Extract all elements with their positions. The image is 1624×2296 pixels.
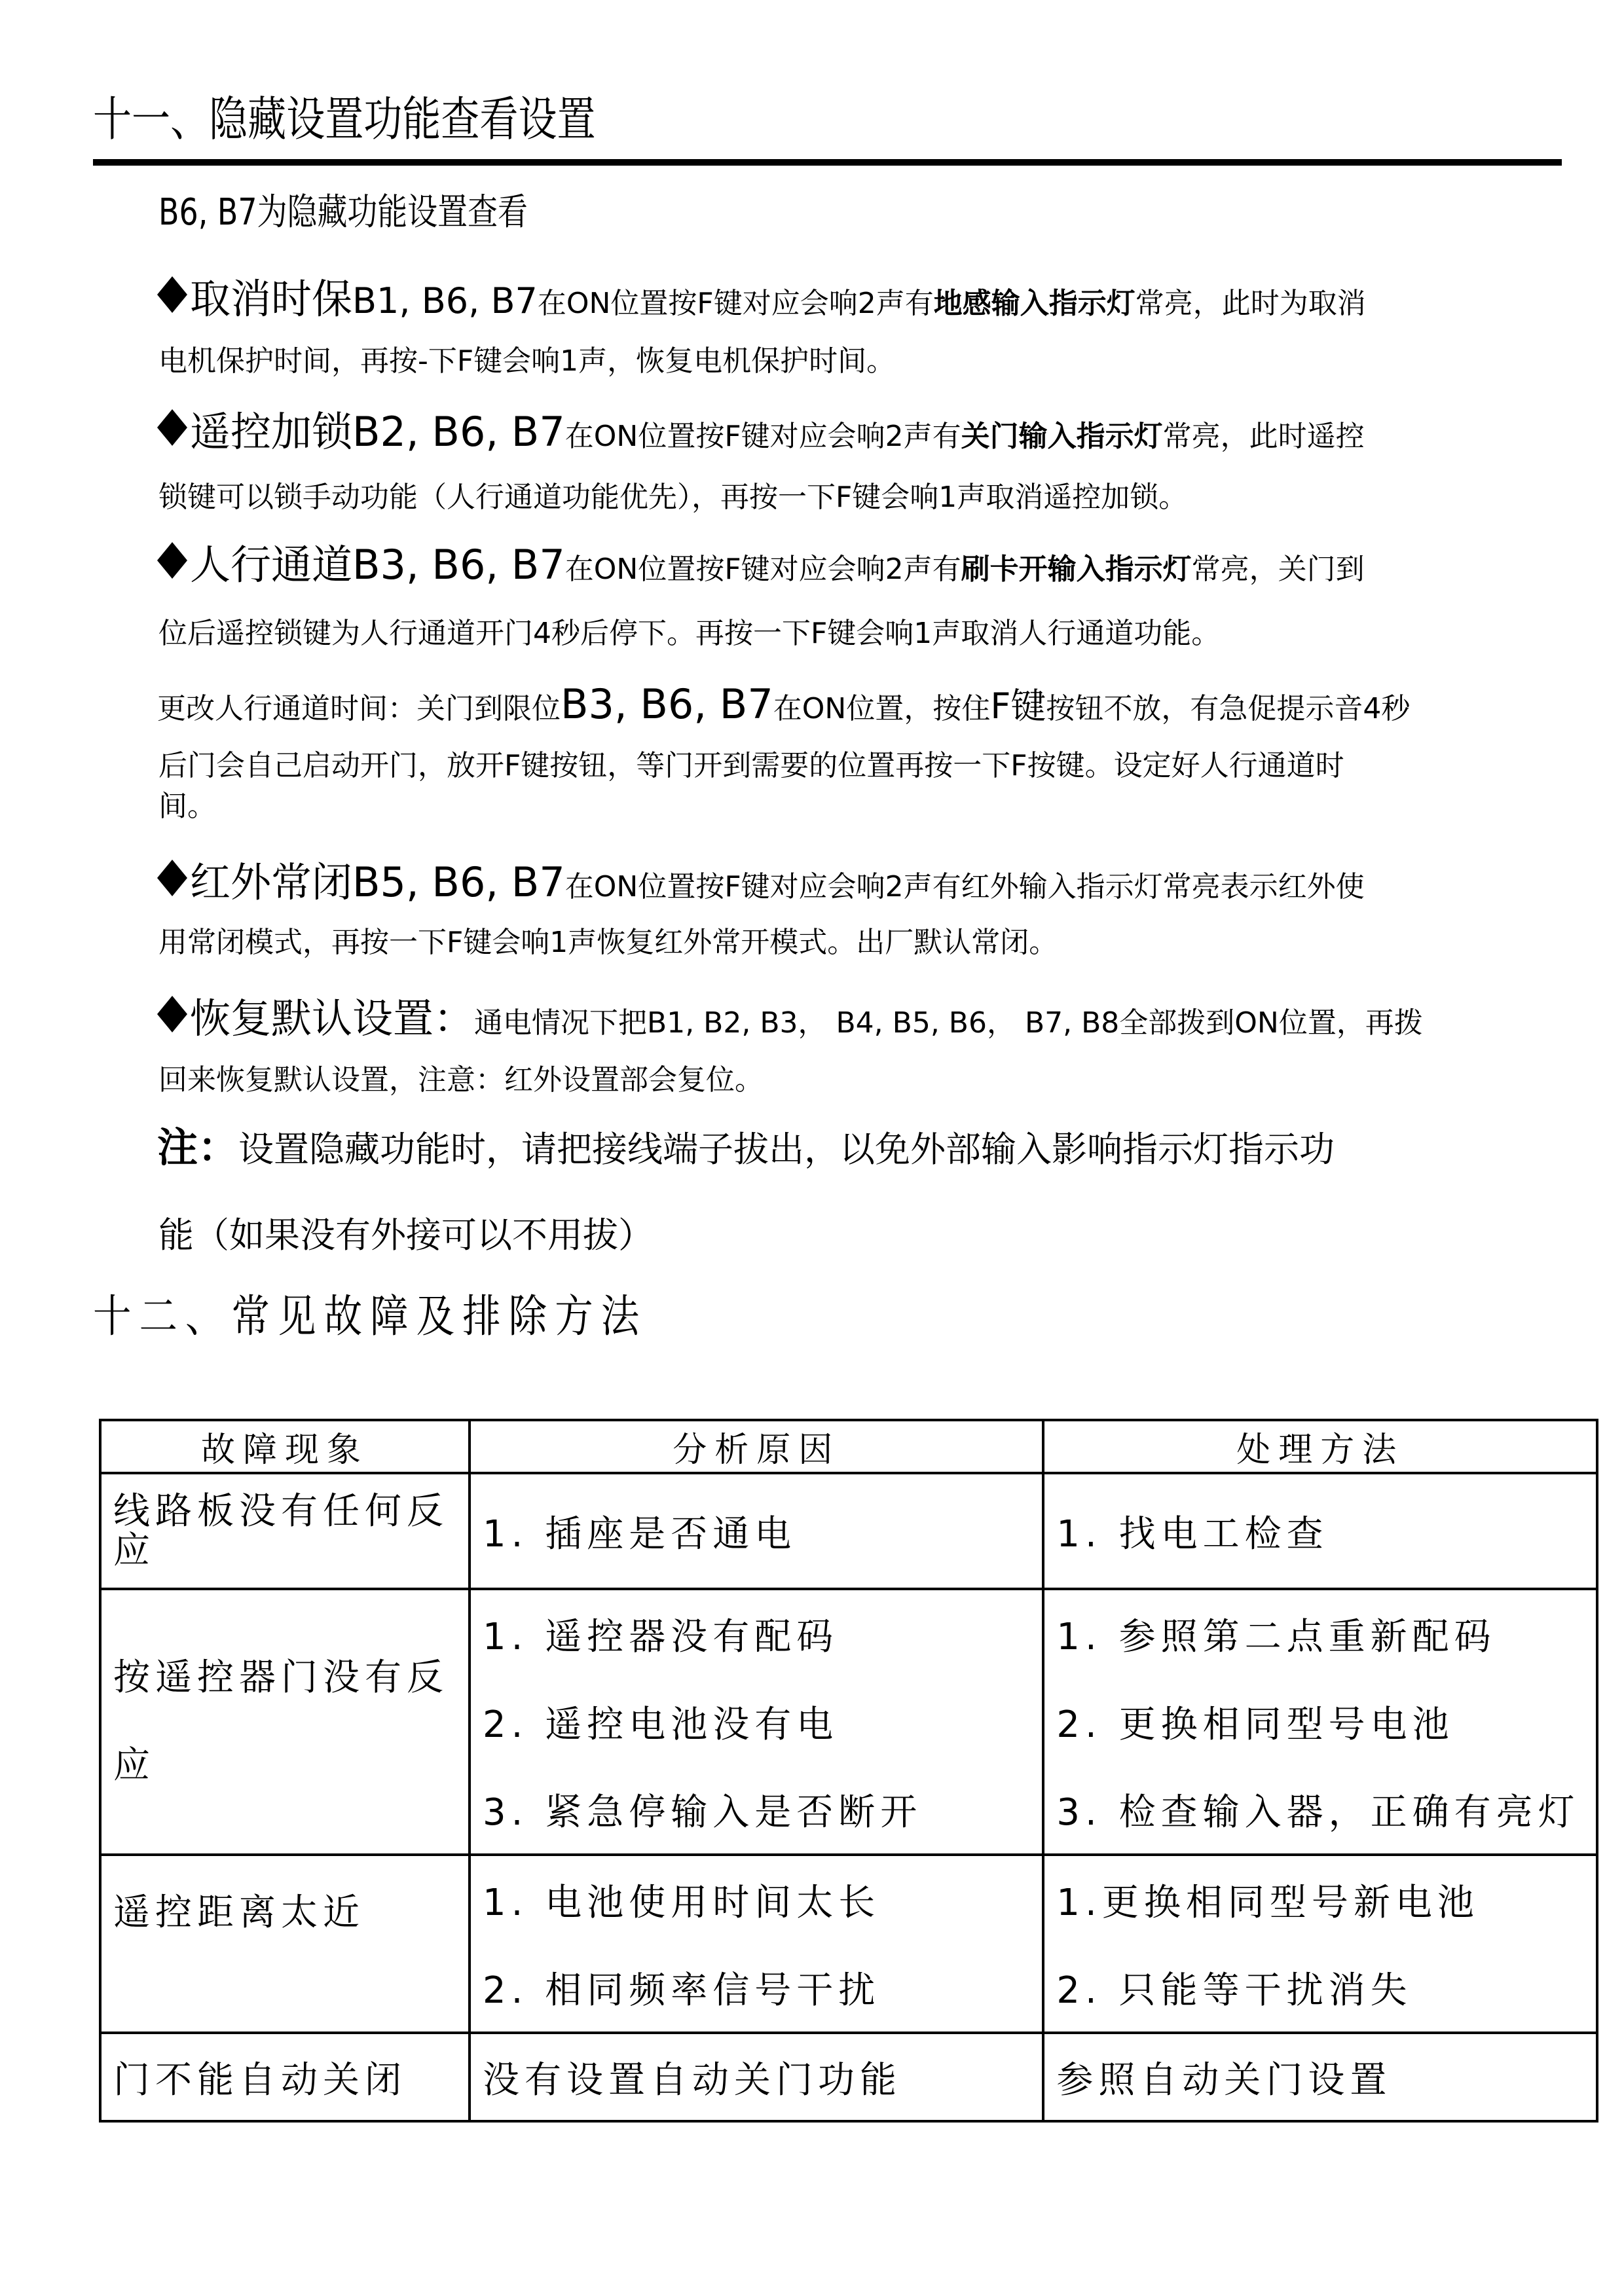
item-text: 在ON位置按F键对应会响2声有: [565, 555, 961, 584]
item-continuation: 回来恢复默认设置，注意：红外设置部会复位。: [158, 1066, 764, 1095]
solution-item: 1.更换相同型号新电池: [1056, 1856, 1584, 1944]
item-text: 在ON位置按F键对应会响2声有: [565, 422, 961, 451]
item-text: 通电情况下把B1, B2, B3， B4, B5, B6， B7, B8全部拨到…: [474, 1009, 1423, 1038]
section-12-title: 十二、常见故障及排除方法: [93, 1295, 647, 1339]
change-pedestrian-time: 更改人行通道时间：关门到限位 B3, B6, B7 在ON位置，按住 F键 按钮…: [157, 684, 1410, 725]
f-key-label: F键: [990, 689, 1046, 724]
solution-cell: 1.更换相同型号新电池 2. 只能等干扰消失: [1043, 1855, 1597, 2033]
note: 注： 设置隐藏功能时，请把接线端子拔出，以免外部输入影响指示灯指示功: [157, 1127, 1335, 1168]
cause-item: 2. 相同频率信号干扰: [483, 1944, 1030, 2032]
table-row: 门不能自动关闭 没有设置自动关门功能 参照自动关门设置: [100, 2033, 1597, 2121]
cause-item: 2. 遥控电池没有电: [483, 1678, 1030, 1766]
item-switches: B3, B6, B7: [352, 545, 565, 585]
table-row: 遥控距离太近 1. 电池使用时间太长 2. 相同频率信号干扰 1.更换相同型号新…: [100, 1855, 1597, 2033]
item-text: 常亮，此时遥控: [1163, 422, 1365, 451]
cause-cell: 没有设置自动关门功能: [470, 2033, 1043, 2121]
solution-cell: 1. 参照第二点重新配码 2. 更换相同型号电池 3. 检查输入器，正确有亮灯: [1043, 1589, 1597, 1855]
diamond-bullet-icon: [157, 996, 187, 1032]
item-cancel-motor-protection: 取消时保 B1, B6, B7 在ON位置按F键对应会响2声有 地感输入指示灯 …: [157, 276, 1366, 319]
item-heading: 红外常闭: [190, 862, 352, 903]
item-switches: B5, B6, B7: [352, 862, 565, 903]
item-text: 在ON位置按F键对应会响2声有: [538, 289, 934, 318]
table-row: 按遥控器门没有反应 1. 遥控器没有配码 2. 遥控电池没有电 3. 紧急停输入…: [100, 1589, 1597, 1855]
diamond-bullet-icon: [157, 276, 187, 313]
cause-cell: 1. 电池使用时间太长 2. 相同频率信号干扰: [470, 1855, 1043, 2033]
symptom-cell: 按遥控器门没有反应: [100, 1589, 470, 1855]
item-indicator: 地感输入指示灯: [934, 289, 1135, 318]
diamond-bullet-icon: [157, 860, 187, 896]
item-text: 常亮，关门到: [1192, 555, 1365, 584]
item-switches: B1, B6, B7: [352, 283, 538, 319]
symptom-cell: 门不能自动关闭: [100, 2033, 470, 2121]
cause-item: 1. 电池使用时间太长: [483, 1856, 1030, 1944]
item-heading: 恢复默认设置：: [190, 998, 474, 1039]
item-heading: 遥控加锁: [190, 412, 352, 452]
item-continuation: 电机保护时间，再按-下F键会响1声，恢复电机保护时间。: [158, 347, 895, 376]
item-continuation: 用常闭模式，再按一下F键会响1声恢复红外常开模式。出厂默认常闭。: [158, 928, 1058, 957]
table-header-row: 故障现象 分析原因 处理方法: [100, 1420, 1597, 1473]
change-line-3: 间。: [158, 792, 216, 821]
item-continuation: 锁键可以锁手动功能（人行通道功能优先），再按一下F键会响1声取消遥控加锁。: [158, 483, 1187, 512]
header-symptom: 故障现象: [100, 1420, 470, 1473]
item-indicator: 刷卡开输入指示灯: [961, 555, 1192, 584]
solution-item: 1. 参照第二点重新配码: [1056, 1590, 1584, 1678]
solution-item: 2. 只能等干扰消失: [1056, 1944, 1584, 2032]
item-infrared-nc: 红外常闭 B5, B6, B7 在ON位置按F键对应会响2声有红外输入指示灯常亮…: [157, 860, 1365, 903]
change-prefix: 更改人行通道时间：关门到限位: [157, 695, 561, 723]
cause-cell: 1. 遥控器没有配码 2. 遥控电池没有电 3. 紧急停输入是否断开: [470, 1589, 1043, 1855]
item-reset-default: 恢复默认设置： 通电情况下把B1, B2, B3， B4, B5, B6， B7…: [157, 996, 1423, 1039]
symptom-cell: 遥控距离太近: [100, 1855, 470, 2033]
table-row: 线路板没有任何反应 1. 插座是否通电 1. 找电工检查: [100, 1473, 1597, 1589]
cause-item: 3. 紧急停输入是否断开: [483, 1766, 1030, 1853]
solution-cell: 1. 找电工检查: [1043, 1473, 1597, 1589]
diamond-bullet-icon: [157, 409, 187, 446]
symptom-cell: 线路板没有任何反应: [100, 1473, 470, 1589]
item-text: 在ON位置按F键对应会响2声有红外输入指示灯常亮表示红外使: [565, 873, 1365, 902]
item-indicator: 关门输入指示灯: [961, 422, 1163, 451]
change-text: 按钮不放，有急促提示音4秒: [1046, 695, 1410, 723]
item-heading: 取消时保: [190, 279, 352, 319]
item-remote-lock: 遥控加锁 B2, B6, B7 在ON位置按F键对应会响2声有 关门输入指示灯 …: [157, 409, 1365, 452]
note-text: 设置隐藏功能时，请把接线端子拔出，以免外部输入影响指示灯指示功: [238, 1132, 1335, 1167]
cause-cell: 1. 插座是否通电: [470, 1473, 1043, 1589]
diamond-bullet-icon: [157, 542, 187, 579]
item-switches: B2, B6, B7: [352, 412, 565, 452]
header-solution: 处理方法: [1043, 1420, 1597, 1473]
solution-cell: 参照自动关门设置: [1043, 2033, 1597, 2121]
solution-item: 2. 更换相同型号电池: [1056, 1678, 1584, 1766]
cause-item: 1. 遥控器没有配码: [483, 1590, 1030, 1678]
change-line-2: 后门会自己启动开门，放开F键按钮，等门开到需要的位置再按一下F按键。设定好人行通…: [158, 752, 1344, 780]
note-continuation: 能（如果没有外接可以不用拔）: [158, 1218, 654, 1253]
note-label: 注：: [157, 1127, 238, 1168]
fault-table: 故障现象 分析原因 处理方法 线路板没有任何反应 1. 插座是否通电 1. 找电…: [99, 1419, 1598, 2123]
title-divider: [93, 159, 1562, 166]
section-11-intro: B6, B7为隐藏功能设置查看: [158, 194, 528, 231]
item-pedestrian-passage: 人行通道 B3, B6, B7 在ON位置按F键对应会响2声有 刷卡开输入指示灯…: [157, 542, 1365, 585]
change-text: 在ON位置，按住: [773, 695, 991, 723]
item-continuation: 位后遥控锁键为人行通道开门4秒后停下。再按一下F键会响1声取消人行通道功能。: [158, 619, 1220, 648]
header-cause: 分析原因: [470, 1420, 1043, 1473]
solution-item: 3. 检查输入器，正确有亮灯: [1056, 1766, 1584, 1853]
section-11-title: 十一、隐藏设置功能查看设置: [93, 96, 596, 143]
item-heading: 人行通道: [190, 545, 352, 585]
change-switches: B3, B6, B7: [561, 684, 773, 725]
item-text: 常亮，此时为取消: [1135, 289, 1366, 318]
